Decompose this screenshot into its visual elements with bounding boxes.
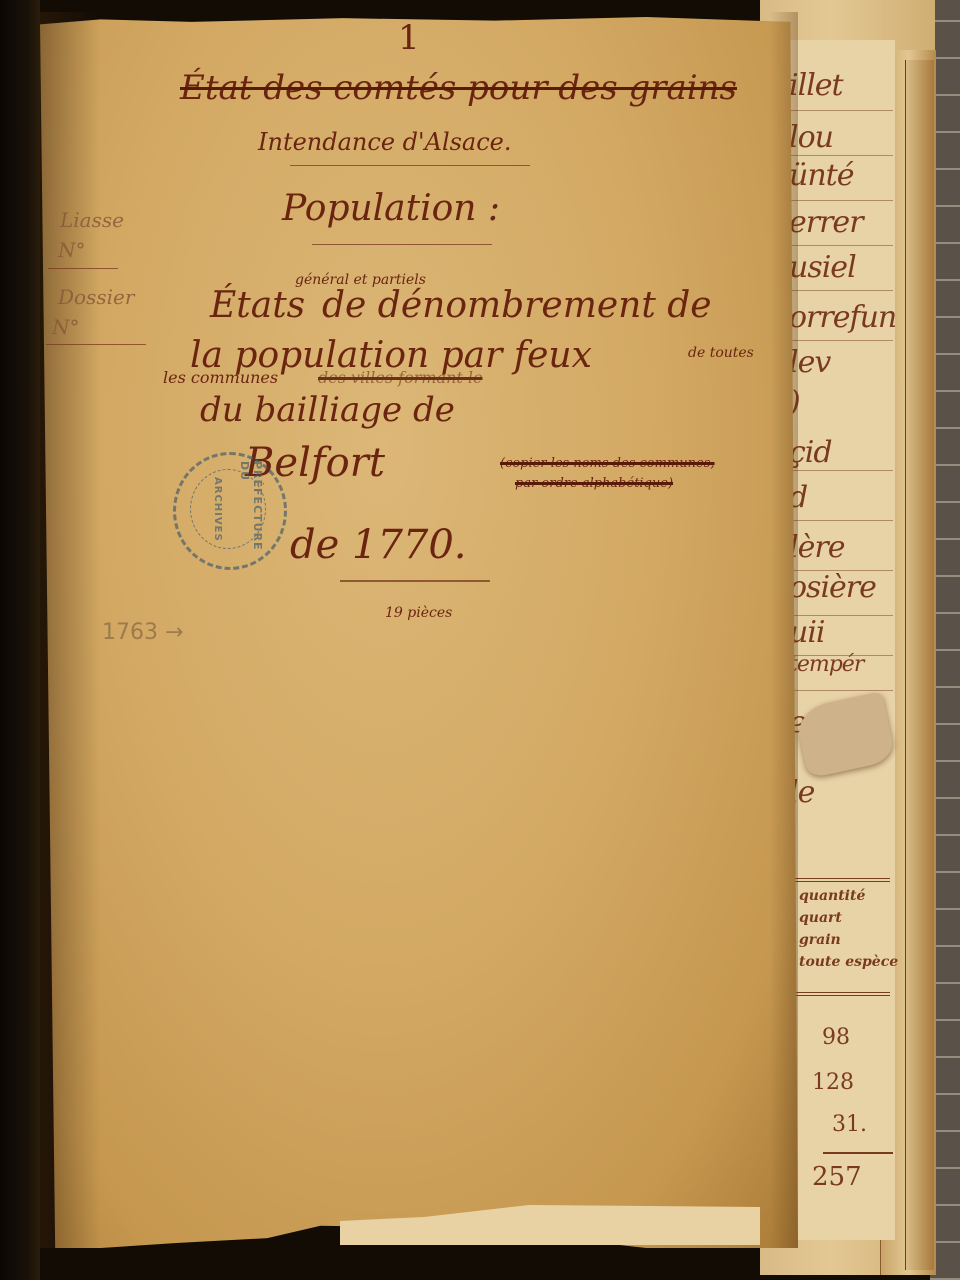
dossier-rule xyxy=(46,344,146,345)
document-photo: illet lou ünté errer usiel orrefun lev )… xyxy=(0,0,960,1280)
year-line: de 1770. xyxy=(290,522,467,568)
underlying-table-header: quantité quart grain toute espèce xyxy=(795,878,890,996)
struck-title: État des comtés pour des grains xyxy=(180,68,737,108)
ruled-line xyxy=(783,520,893,521)
title-line1: de dénombrement de xyxy=(322,285,712,326)
ruled-line xyxy=(783,245,893,246)
ruled-line xyxy=(783,290,893,291)
underlying-word: orrefun xyxy=(789,300,896,335)
ruled-line xyxy=(783,690,893,691)
underlying-page-edge xyxy=(905,60,934,1270)
dark-backdrop xyxy=(0,0,40,1280)
pieces-count: 19 pièces xyxy=(385,605,452,621)
underlying-word: errer xyxy=(789,205,863,240)
year-underline xyxy=(340,580,490,582)
stamp-outer-text: PRÉFECTURE DU xyxy=(238,461,264,567)
table-header-line: toute espèce xyxy=(799,954,898,970)
tally-total: 257 xyxy=(812,1162,862,1192)
title-line3-prefix: les communes xyxy=(163,368,278,387)
struck-note-line2: par ordre alphabétique) xyxy=(515,476,673,491)
underlying-word: tempér xyxy=(789,652,863,677)
table-header-line: quart xyxy=(799,910,842,926)
table-header-line: grain xyxy=(799,932,841,948)
tally-value: 98 xyxy=(822,1025,850,1050)
liasse-label: Liasse xyxy=(60,208,124,232)
underlying-word: osière xyxy=(789,570,876,605)
tally-value: 128 xyxy=(812,1070,854,1095)
underline xyxy=(312,244,492,245)
ruled-line xyxy=(783,110,893,111)
struck-note-line1: (copier les noms des communes, xyxy=(500,456,715,471)
pencil-annotation: 1763 → xyxy=(102,620,183,645)
stamp-inner-text: ARCHIVES xyxy=(212,477,223,542)
liasse-rule xyxy=(48,268,118,269)
archive-stamp: PRÉFECTURE DU ARCHIVES xyxy=(173,452,287,570)
authority-line: Intendance d'Alsace. xyxy=(258,128,512,156)
subject-heading: Population : xyxy=(282,188,500,229)
tally-value: 31. xyxy=(832,1112,867,1137)
dossier-label: Dossier xyxy=(58,285,134,309)
folio-number: 1 xyxy=(398,18,420,58)
ruled-line xyxy=(783,470,893,471)
sum-rule xyxy=(823,1152,893,1154)
underlying-word: ünté xyxy=(789,158,853,193)
underlying-word: usiel xyxy=(789,250,856,285)
liasse-number: N° xyxy=(58,238,86,262)
ruled-line xyxy=(783,340,893,341)
ruled-line xyxy=(783,200,893,201)
title-line1-prefix: États xyxy=(210,285,305,326)
title-line3-struck: des villes formant le xyxy=(318,368,482,387)
ruled-line xyxy=(783,155,893,156)
underline xyxy=(290,165,530,166)
dossier-number: N° xyxy=(52,315,80,339)
table-header-line: quantité xyxy=(799,888,865,904)
underlying-page-text-strip: illet lou ünté errer usiel orrefun lev )… xyxy=(783,40,895,1240)
folder-shadow xyxy=(40,12,100,1248)
title-line4: du bailliage de xyxy=(200,390,455,430)
folder-edge xyxy=(770,12,798,1248)
title-line2-insert: de toutes xyxy=(688,345,754,361)
